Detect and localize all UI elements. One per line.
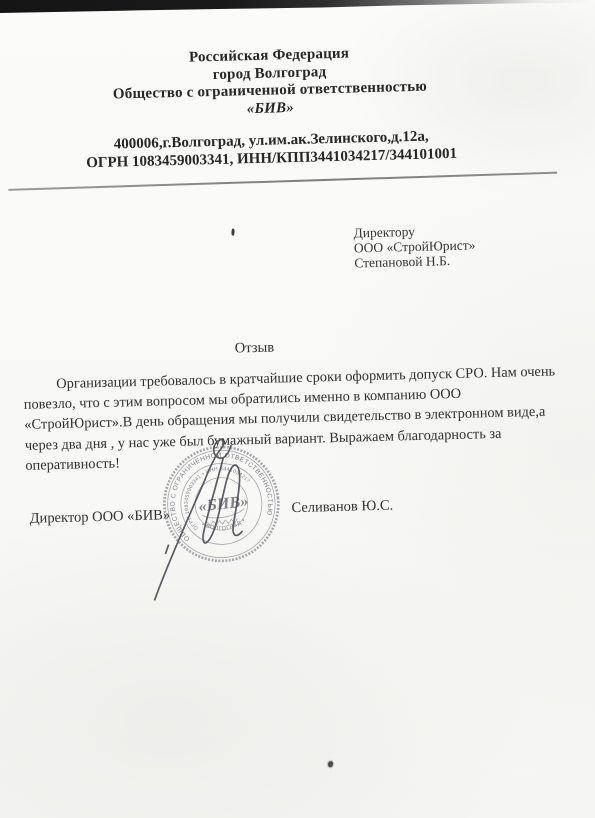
letterhead: Российская Федерация город Волгоград Общ… xyxy=(0,41,541,125)
letterhead-address-block: 400006,г.Волгоград, ул.им.ак.Зелинского,… xyxy=(1,125,542,175)
signature-stroke xyxy=(138,426,302,608)
letter-content: Российская Федерация город Волгоград Общ… xyxy=(0,0,595,818)
recipient-name: Степановой Н.Б. xyxy=(354,253,476,271)
scanned-letter-page: Российская Федерация город Волгоград Общ… xyxy=(0,0,595,818)
scan-speck xyxy=(328,761,333,767)
scan-speck xyxy=(231,228,234,235)
letterhead-divider xyxy=(8,172,557,191)
signer-name: Селиванов Ю.С. xyxy=(291,498,393,518)
document-title: Отзыв xyxy=(0,334,511,364)
recipient-block: Директору ООО «СтройЮрист» Степановой Н.… xyxy=(353,222,476,271)
